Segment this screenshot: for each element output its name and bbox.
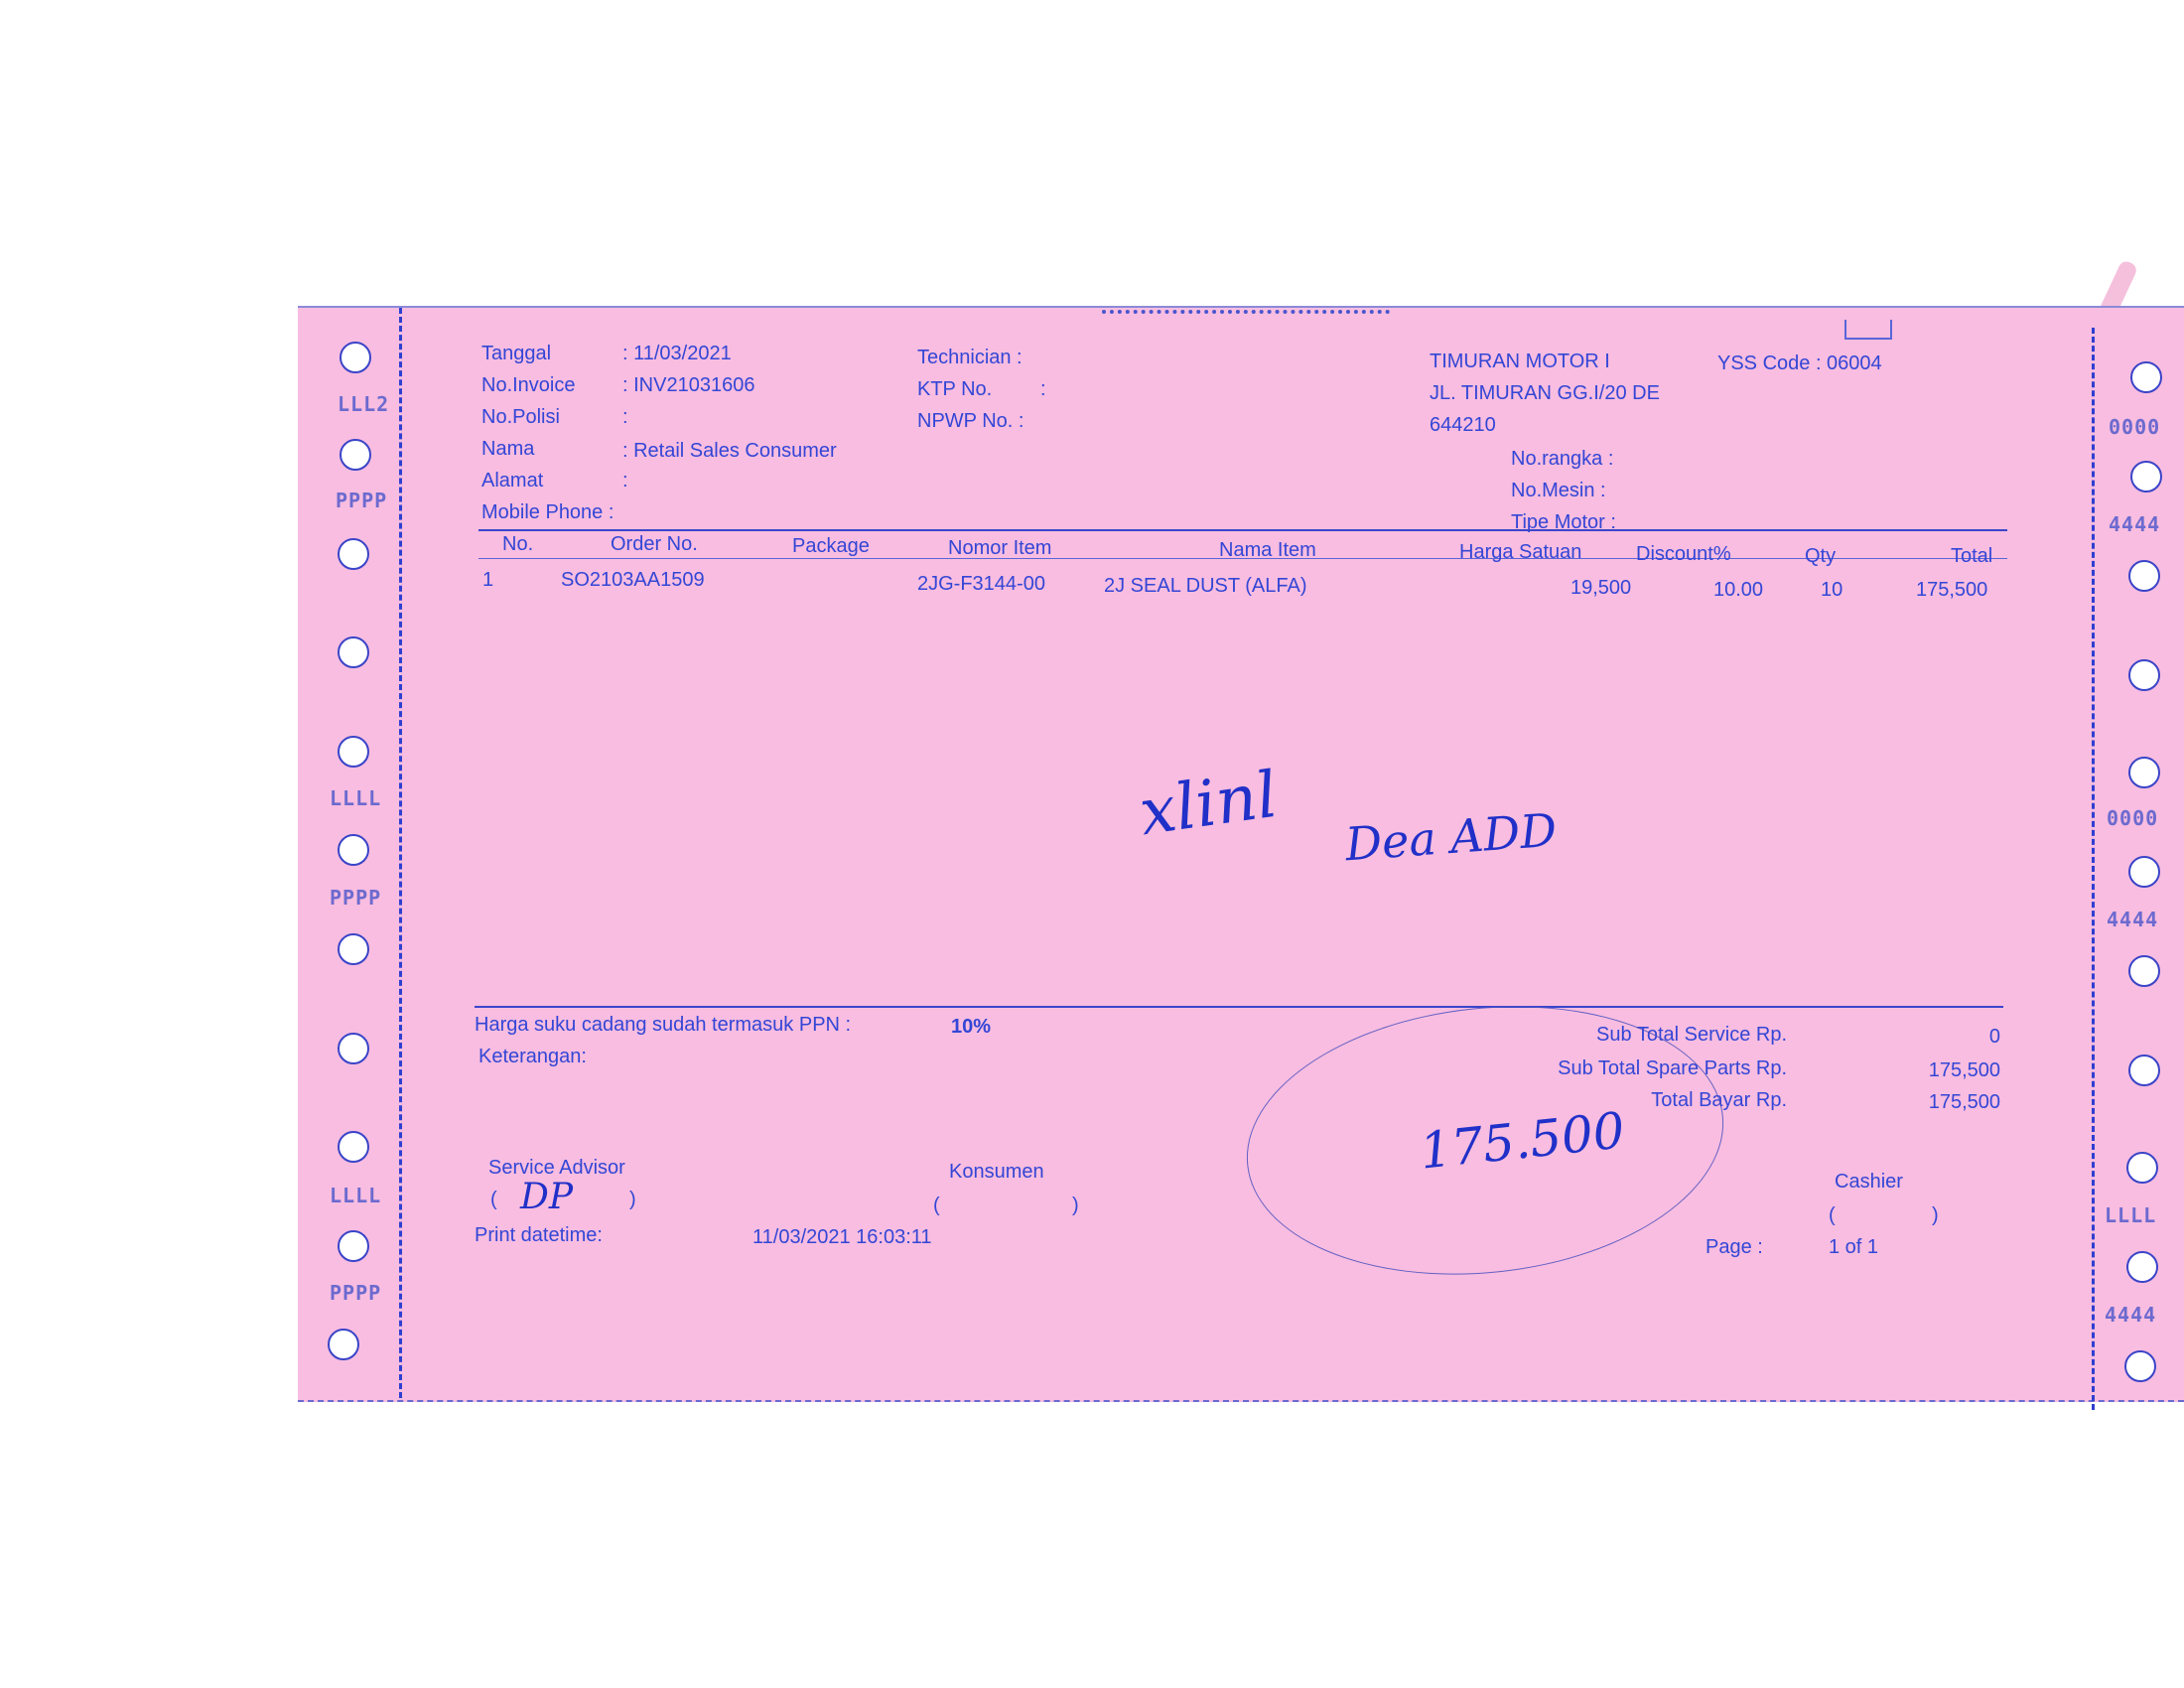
feed-hole (2128, 560, 2160, 592)
keterangan-label: Keterangan: (478, 1047, 587, 1066)
edge-code: 4444 (2105, 1303, 2156, 1327)
handwritten-signature: xlinl (1136, 764, 1281, 846)
konsumen-paren-close: ) (1072, 1196, 1079, 1215)
subtotal-service-value: 0 (1866, 1027, 2000, 1047)
col-header-order-no: Order No. (611, 534, 698, 554)
print-datetime-label: Print datetime: (475, 1225, 603, 1245)
nama-value: : Retail Sales Consumer (622, 441, 837, 461)
edge-code: LLLL (330, 1184, 381, 1207)
cell-harga-satuan: 19,500 (1570, 578, 1631, 598)
mesin-label: No.Mesin : (1511, 481, 1606, 500)
feed-hole (2128, 955, 2160, 987)
cropped-title (1102, 310, 1390, 322)
feed-hole (338, 538, 369, 570)
feed-hole (328, 1329, 359, 1360)
page-label: Page : (1706, 1237, 1763, 1257)
edge-code: PPPP (336, 489, 387, 512)
edge-code: 4444 (2107, 908, 2158, 931)
col-header-discount: Discount% (1636, 544, 1731, 564)
right-perforation-line (2092, 328, 2095, 1410)
page-value: 1 of 1 (1829, 1237, 1878, 1257)
service-advisor-label: Service Advisor (488, 1158, 625, 1178)
rangka-label: No.rangka : (1511, 449, 1613, 469)
company-address-line2: 644210 (1430, 415, 1496, 435)
stamp-box (1844, 320, 1892, 340)
konsumen-paren-open: ( (933, 1196, 940, 1215)
ppn-label: Harga suku cadang sudah termasuk PPN : (475, 1015, 851, 1035)
company-address-line1: JL. TIMURAN GG.I/20 DE (1430, 383, 1660, 403)
feed-hole (340, 439, 371, 471)
tanggal-label: Tanggal (481, 344, 551, 363)
feed-hole (338, 933, 369, 965)
company-name: TIMURAN MOTOR I (1430, 352, 1610, 371)
cell-qty: 10 (1821, 580, 1843, 600)
edge-code: LLLL (2105, 1203, 2156, 1227)
cell-total: 175,500 (1916, 580, 1987, 600)
cell-order-no: SO2103AA1509 (561, 570, 705, 590)
alamat-value: : (622, 471, 628, 491)
ktp-value: : (1040, 379, 1046, 399)
feed-hole (2128, 757, 2160, 788)
total-bayar-value: 175,500 (1866, 1092, 2000, 1112)
cell-discount: 10.00 (1713, 580, 1763, 600)
invoice-value: : INV21031606 (622, 375, 754, 395)
feed-hole (338, 1230, 369, 1262)
edge-code: PPPP (330, 886, 381, 910)
konsumen-label: Konsumen (949, 1162, 1044, 1182)
edge-code: 4444 (2109, 512, 2160, 536)
feed-hole (2126, 1152, 2158, 1184)
mobile-phone-label: Mobile Phone : (481, 502, 614, 522)
alamat-label: Alamat (481, 471, 543, 491)
advisor-initials: DP (520, 1180, 573, 1215)
scanned-page: LLL2 PPPP LLLL PPPP LLLL PPPP 0000 4444 … (0, 0, 2184, 1688)
table-top-rule (478, 529, 2007, 531)
nama-label: Nama (481, 439, 534, 459)
col-header-package: Package (792, 536, 870, 556)
service-advisor-paren-close: ) (629, 1190, 636, 1209)
print-datetime-value: 11/03/2021 16:03:11 (752, 1227, 932, 1247)
col-header-harga-satuan: Harga Satuan (1459, 542, 1581, 562)
feed-hole (2130, 361, 2162, 393)
ppn-value: 10% (951, 1017, 991, 1037)
edge-code: 0000 (2109, 415, 2160, 439)
feed-hole (338, 636, 369, 668)
polisi-value: : (622, 407, 628, 427)
col-header-total: Total (1951, 546, 1992, 566)
edge-code: PPPP (330, 1281, 381, 1305)
cashier-paren-close: ) (1932, 1205, 1939, 1225)
left-perforation-line (399, 308, 402, 1398)
feed-hole (338, 834, 369, 866)
feed-hole (338, 1033, 369, 1064)
edge-code: 0000 (2107, 806, 2158, 830)
feed-hole (2128, 659, 2160, 691)
polisi-label: No.Polisi (481, 407, 560, 427)
col-header-nama-item: Nama Item (1219, 540, 1316, 560)
cashier-label: Cashier (1835, 1172, 1903, 1192)
col-header-nomor-item: Nomor Item (948, 538, 1051, 558)
subtotal-parts-value: 175,500 (1866, 1060, 2000, 1080)
yss-code: YSS Code : 06004 (1717, 353, 1882, 373)
handwritten-note: Dea ADD (1344, 807, 1559, 868)
feed-hole (2124, 1350, 2156, 1382)
service-advisor-paren-open: ( (490, 1190, 497, 1209)
feed-hole (340, 342, 371, 373)
cashier-paren-open: ( (1829, 1205, 1836, 1225)
tanggal-value: : 11/03/2021 (622, 344, 732, 363)
col-header-qty: Qty (1805, 546, 1836, 566)
feed-hole (2128, 856, 2160, 888)
feed-hole (2126, 1251, 2158, 1283)
col-header-no: No. (502, 534, 533, 554)
npwp-label: NPWP No. : (917, 411, 1024, 431)
cell-nama-item: 2J SEAL DUST (ALFA) (1104, 576, 1307, 596)
invoice-label: No.Invoice (481, 375, 576, 395)
footer-rule (475, 1006, 2003, 1008)
feed-hole (338, 1131, 369, 1163)
edge-code: LLLL (330, 786, 381, 810)
feed-hole (2130, 461, 2162, 492)
cell-no: 1 (482, 570, 493, 590)
feed-hole (338, 736, 369, 768)
ktp-label: KTP No. (917, 379, 992, 399)
feed-hole (2128, 1055, 2160, 1086)
technician-label: Technician : (917, 348, 1023, 367)
edge-code: LLL2 (338, 392, 389, 416)
cell-nomor-item: 2JG-F3144-00 (917, 574, 1045, 594)
